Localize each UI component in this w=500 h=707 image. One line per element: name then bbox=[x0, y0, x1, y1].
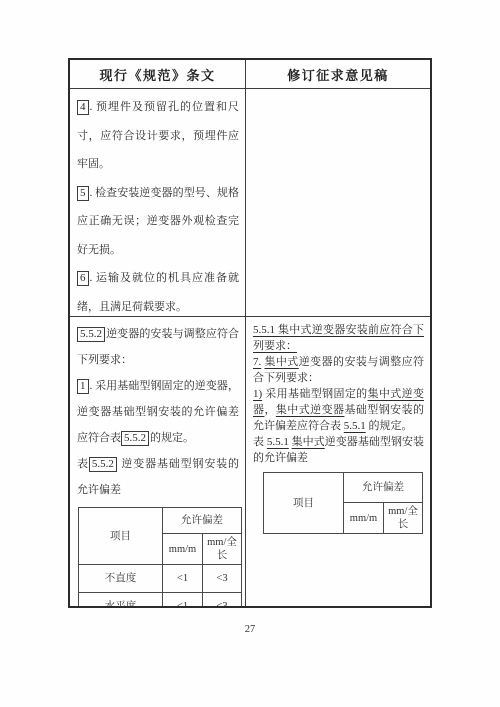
boxed-revision-number: 5.5.2 bbox=[77, 327, 105, 342]
paragraph: 5.5.2逆变器的安装与调整应符合下列要求： bbox=[77, 321, 239, 373]
table-header-mm-per-m: mm/m bbox=[163, 534, 203, 565]
text-run: . 运输及就位的机具应准备就绪，且满足荷载要求。 bbox=[77, 272, 239, 313]
paragraph: 6. 运输及就位的机具应准备就绪，且满足荷载要求。 bbox=[77, 264, 239, 317]
row-straightness-label: 不直度 bbox=[79, 565, 163, 593]
boxed-revision-number: 4 bbox=[77, 100, 89, 115]
table-row: 水平度 <1 <3 bbox=[79, 593, 242, 607]
paragraph: 1. 采用基础型钢固定的逆变器，逆变器基础型钢安装的允许偏差应符合表5.5.2的… bbox=[77, 373, 239, 451]
table-header-item: 项目 bbox=[79, 508, 163, 565]
tolerance-table-552: 项目 允许偏差 mm/m mm/全长 不直度 <1 <3 水平度 <1 bbox=[78, 507, 242, 606]
document-page: 现行《规范》条文 修订征求意见稿 4. 预埋件及预留孔的位置和尺寸，应符合设计要… bbox=[0, 0, 500, 707]
underlined-inserted-text: 1) bbox=[253, 388, 262, 400]
table-header-item: 项目 bbox=[264, 473, 344, 534]
row-levelness-mm-per-m: <1 bbox=[163, 593, 203, 607]
paragraph: 表 5.5.1 集中式逆变器基础型钢安装的允许偏差 bbox=[253, 433, 424, 465]
current-spec-552-text: 5.5.2逆变器的安装与调整应符合下列要求：1. 采用基础型钢固定的逆变器，逆变… bbox=[77, 321, 239, 503]
table-row: 项目 允许偏差 bbox=[79, 508, 242, 534]
table-header-mm-total: mm/全长 bbox=[384, 503, 423, 534]
text-run: 的规定。 bbox=[366, 420, 413, 432]
boxed-revision-number: 1 bbox=[77, 379, 89, 394]
text-run: ， bbox=[264, 404, 275, 416]
paragraph: 7. 集中式逆变器的安装与调整应符合下列要求： bbox=[253, 353, 424, 385]
text-run: 采用基础型钢固定的 bbox=[262, 388, 367, 400]
revision-draft-empty-cell bbox=[246, 89, 430, 317]
paragraph: 表5.5.2 逆变器基础型钢安装的允许偏差 bbox=[77, 451, 239, 503]
text-run: 表 bbox=[253, 436, 267, 448]
text-run: . 预埋件及预留孔的位置和尺寸，应符合设计要求，预埋件应牢固。 bbox=[77, 101, 239, 170]
text-run: 表 bbox=[77, 458, 89, 470]
revision-draft-551-text: 5.5.1 集中式逆变器安装前应符合下列要求：7. 集中式逆变器的安装与调整应符… bbox=[253, 321, 424, 465]
underlined-inserted-text: 5.5.1 bbox=[267, 436, 289, 448]
text-run: . 检查安装逆变器的型号、规格应正确无误；逆变器外观检查完好无损。 bbox=[77, 187, 239, 256]
row-straightness-mm-total: <3 bbox=[203, 565, 242, 593]
table-header-mm-per-m: mm/m bbox=[344, 503, 384, 534]
paragraph: 1) 采用基础型钢固定的集中式逆变器，集中式逆变器基础型钢安装的允许偏差应符合表… bbox=[253, 385, 424, 433]
row-levelness-label: 水平度 bbox=[79, 593, 163, 607]
row-levelness-mm-total: <3 bbox=[203, 593, 242, 607]
underlined-inserted-text: 集中式 bbox=[264, 356, 298, 368]
underlined-inserted-text: 集中式逆变器 bbox=[276, 404, 345, 416]
current-spec-clauses-cell: 4. 预埋件及预留孔的位置和尺寸，应符合设计要求，预埋件应牢固。5. 检查安装逆… bbox=[70, 89, 246, 317]
page-number: 27 bbox=[0, 624, 500, 635]
paragraph: 4. 预埋件及预留孔的位置和尺寸，应符合设计要求，预埋件应牢固。 bbox=[77, 93, 239, 179]
column-header-revision-draft: 修订征求意见稿 bbox=[246, 60, 430, 89]
current-spec-552-cell: 5.5.2逆变器的安装与调整应符合下列要求：1. 采用基础型钢固定的逆变器，逆变… bbox=[70, 317, 246, 606]
table-row: 项目 允许偏差 bbox=[264, 473, 423, 503]
underlined-inserted-text: 5.5.1 集中式逆变器安装前应符合下列要求： bbox=[253, 324, 424, 352]
boxed-revision-number: 5.5.2 bbox=[121, 431, 149, 446]
boxed-revision-number: 5 bbox=[77, 186, 89, 201]
table-row: 不直度 <1 <3 bbox=[79, 565, 242, 593]
boxed-revision-number: 6 bbox=[77, 271, 89, 286]
revision-draft-551-cell: 5.5.1 集中式逆变器安装前应符合下列要求：7. 集中式逆变器的安装与调整应符… bbox=[246, 317, 430, 606]
table-header-mm-total: mm/全长 bbox=[203, 534, 242, 565]
underlined-inserted-text: 7. bbox=[253, 356, 261, 368]
row-straightness-mm-per-m: <1 bbox=[163, 565, 203, 593]
comparison-table: 现行《规范》条文 修订征求意见稿 4. 预埋件及预留孔的位置和尺寸，应符合设计要… bbox=[68, 58, 432, 608]
tolerance-table-551: 项目 允许偏差 mm/m mm/全长 bbox=[263, 472, 423, 534]
underlined-inserted-text: 集中式 bbox=[292, 436, 325, 448]
table-header-tolerance: 允许偏差 bbox=[344, 473, 423, 503]
table-header-tolerance: 允许偏差 bbox=[163, 508, 242, 534]
paragraph: 5.5.1 集中式逆变器安装前应符合下列要求： bbox=[253, 321, 424, 353]
boxed-revision-number: 5.5.2 bbox=[89, 457, 117, 472]
paragraph: 5. 检查安装逆变器的型号、规格应正确无误；逆变器外观检查完好无损。 bbox=[77, 179, 239, 265]
underlined-inserted-text: 5.5.1 bbox=[344, 420, 366, 432]
column-header-current-spec: 现行《规范》条文 bbox=[70, 60, 246, 89]
text-run: 的规定。 bbox=[150, 432, 194, 444]
